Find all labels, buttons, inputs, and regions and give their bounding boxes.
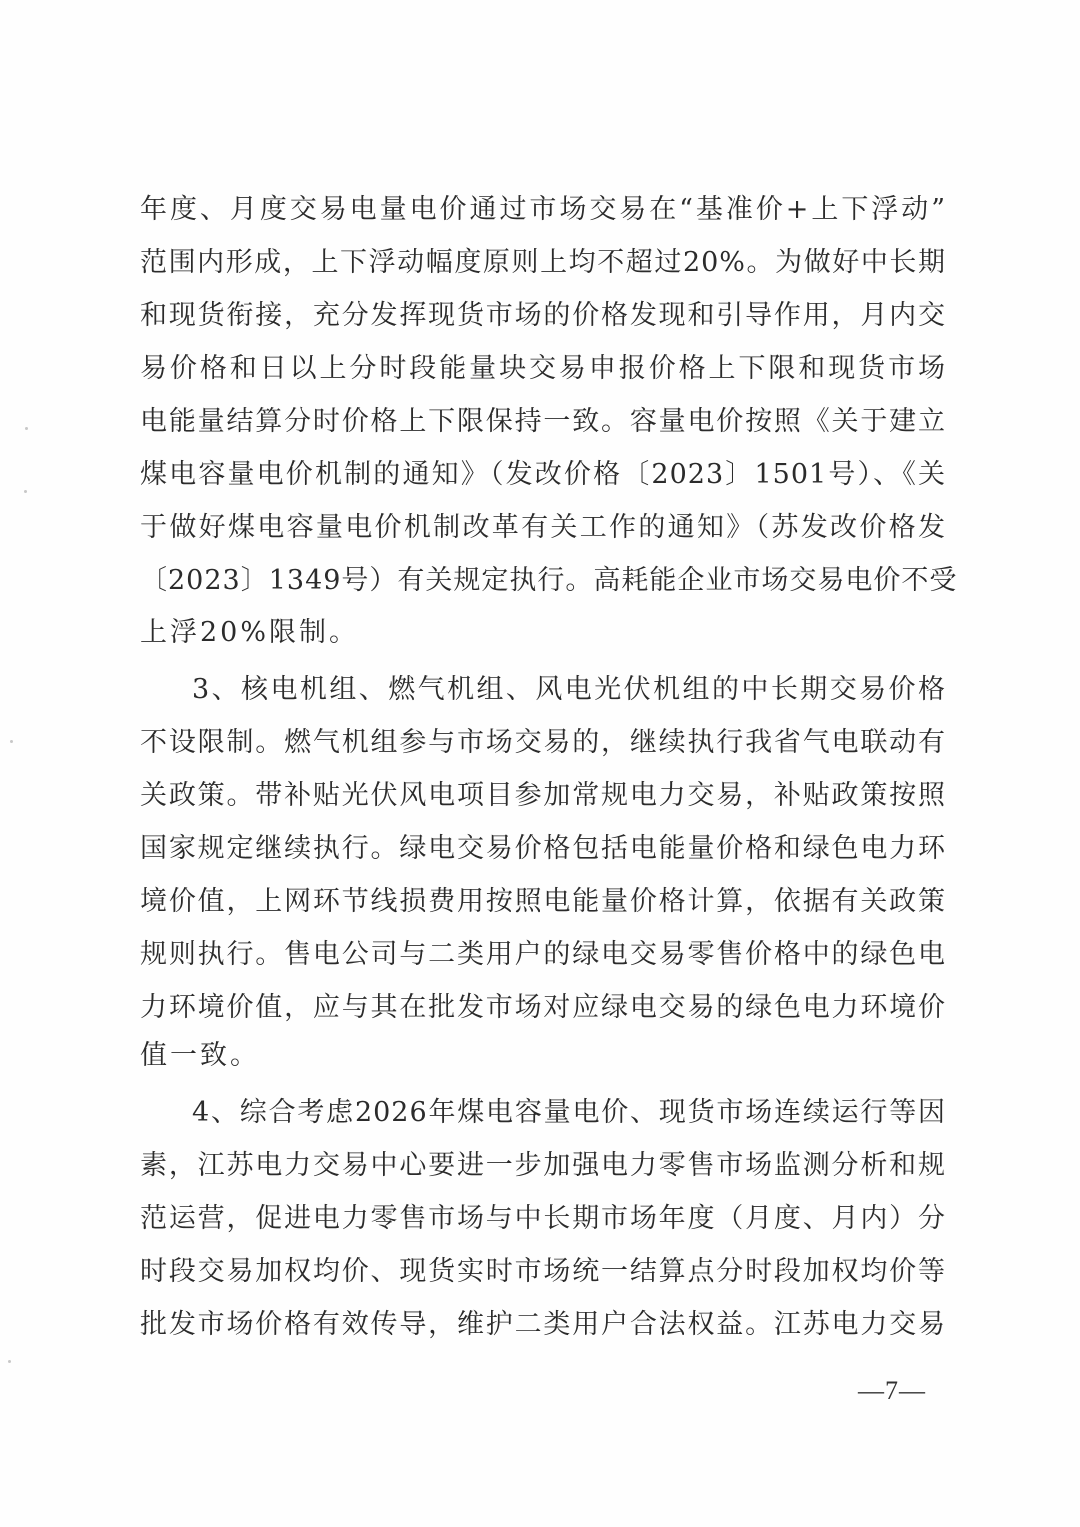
text-line: 力环境价值，应与其在批发市场对应绿电交易的绿色电力环境价: [140, 988, 946, 1028]
text-line: 规则执行。售电公司与二类用户的绿电交易零售价格中的绿色电: [140, 935, 946, 975]
text-line: 易价格和日以上分时段能量块交易申报价格上下限和现货市场: [140, 349, 946, 389]
text-line: 素，江苏电力交易中心要进一步加强电力零售市场监测分析和规: [140, 1146, 946, 1186]
text-line: 境价值，上网环节线损费用按照电能量价格计算，依据有关政策: [140, 882, 946, 922]
text-line: 于做好煤电容量电价机制改革有关工作的通知》（苏发改价格发: [140, 508, 946, 548]
text-line: 4、综合考虑2026年煤电容量电价、现货市场连续运行等因: [192, 1093, 946, 1133]
text-line: 值一致。: [140, 1036, 260, 1076]
text-line: 时段交易加权均价、现货实时市场统一结算点分时段加权均价等: [140, 1252, 946, 1292]
text-line: 范运营，促进电力零售市场与中长期市场年度（月度、月内）分: [140, 1199, 946, 1239]
text-line: 上浮20%限制。: [140, 613, 359, 653]
text-line: 国家规定继续执行。绿电交易价格包括电能量价格和绿色电力环: [140, 829, 946, 869]
scan-speck: [10, 740, 13, 743]
text-line: 年度、月度交易电量电价通过市场交易在“基准价+上下浮动”: [140, 190, 946, 230]
text-line: 和现货衔接，充分发挥现货市场的价格发现和引导作用，月内交: [140, 296, 946, 336]
text-line: 关政策。带补贴光伏风电项目参加常规电力交易，补贴政策按照: [140, 776, 946, 816]
page-number: —7—: [858, 1376, 926, 1406]
text-line: 电能量结算分时价格上下限保持一致。容量电价按照《关于建立: [140, 402, 946, 442]
scan-speck: [24, 490, 27, 493]
text-line: 不设限制。燃气机组参与市场交易的，继续执行我省气电联动有: [140, 723, 946, 763]
scan-speck: [25, 427, 28, 430]
scan-speck: [8, 1360, 11, 1363]
text-line: 范围内形成，上下浮动幅度原则上均不超过20%。为做好中长期: [140, 243, 946, 283]
text-line: 煤电容量电价机制的通知》（发改价格〔2023〕1501号）、《关: [140, 455, 946, 495]
text-line: 〔2023〕1349号）有关规定执行。高耗能企业市场交易电价不受: [140, 561, 946, 601]
text-line: 批发市场价格有效传导，维护二类用户合法权益。江苏电力交易: [140, 1305, 946, 1345]
document-page: 年度、月度交易电量电价通过市场交易在“基准价+上下浮动” 范围内形成，上下浮动幅…: [0, 0, 1080, 1527]
text-line: 3、核电机组、燃气机组、风电光伏机组的中长期交易价格: [192, 670, 946, 710]
